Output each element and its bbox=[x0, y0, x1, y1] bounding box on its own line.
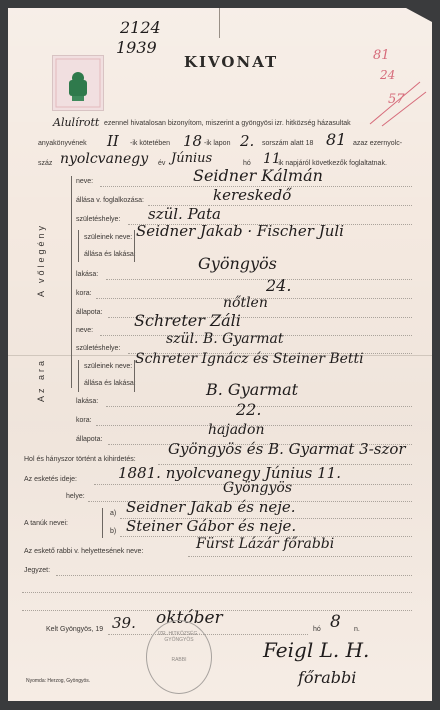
groom-birthplace-value: szül. Pata bbox=[148, 205, 221, 223]
wedding-date-label: Az esketés ideje: bbox=[24, 476, 77, 483]
section-divider bbox=[71, 176, 72, 388]
intro-label: sorszám alatt 18 bbox=[262, 140, 313, 147]
witnesses-label: A tanúk nevei: bbox=[24, 520, 68, 527]
wedding-place-label: helye: bbox=[66, 493, 85, 500]
intro-label: -ik kötetében bbox=[130, 140, 170, 147]
dated-year: 39. bbox=[112, 614, 136, 632]
dated-month-label: hó bbox=[313, 626, 321, 633]
bride-parents-label: szüleinek neve: bbox=[84, 363, 132, 370]
signature-title: főrabbi bbox=[298, 668, 356, 687]
fold-crease bbox=[219, 8, 220, 38]
number-value: 2. bbox=[240, 132, 254, 150]
intro-label: azaz ezernyolc- bbox=[353, 140, 402, 147]
bride-parents-value: Schreter Ignácz és Steiner Betti bbox=[135, 351, 364, 367]
rabbi-value: Fürst Lázár főrabbi bbox=[196, 536, 334, 552]
announcements-value: Gyöngyös és B. Gyarmat 3-szor bbox=[168, 440, 406, 458]
rabbi-label: Az eskető rabbi v. helyettesének neve: bbox=[24, 548, 143, 555]
handwritten-number: 2124 bbox=[120, 18, 161, 37]
dated-day: 8 bbox=[330, 612, 341, 632]
bride-residence-value: B. Gyarmat bbox=[206, 380, 298, 399]
year-words-value: nyolcvanegy bbox=[60, 151, 148, 167]
bride-section-label: Az ara bbox=[36, 358, 46, 402]
bride-name-label: neve: bbox=[76, 327, 93, 334]
intro-label: -ik lapon bbox=[204, 140, 230, 147]
month-value: Június bbox=[171, 151, 212, 166]
dated-label: Kelt Gyöngyös, 19 bbox=[46, 626, 103, 633]
intro-label: száz bbox=[38, 160, 52, 167]
announcements-label: Hol és hányszor történt a kihirdetés: bbox=[24, 456, 136, 463]
handwritten-undersigned: Alulírott bbox=[53, 116, 99, 129]
bride-birthplace-value: szül. B. Gyarmat bbox=[166, 331, 284, 347]
red-mark: 81 bbox=[373, 48, 390, 63]
year-value: 81 bbox=[326, 130, 346, 149]
groom-residence-value: Gyöngyös bbox=[198, 254, 277, 273]
bride-parents-occupation-label: állása és lakása: bbox=[84, 380, 136, 387]
crown-stamp-icon bbox=[53, 56, 103, 110]
seal-center-text: RABBI bbox=[147, 657, 211, 663]
intro-label: anyakönyvének bbox=[38, 140, 87, 147]
certificate-paper: 2124 1939 KIVONAT 81 24 57 Alulírott eze… bbox=[8, 8, 432, 701]
groom-birthplace-label: születéshelye: bbox=[76, 216, 120, 223]
bride-status-label: állapota: bbox=[76, 436, 102, 443]
groom-parents-occupation-label: állása és lakása: bbox=[84, 251, 136, 258]
groom-status-label: állapota: bbox=[76, 309, 102, 316]
signature-name: Feigl L. H. bbox=[263, 638, 369, 662]
bride-birthplace-label: születéshelye: bbox=[76, 345, 120, 352]
groom-occupation-value: kereskedő bbox=[213, 186, 291, 204]
groom-section-label: A vőlegény bbox=[36, 223, 46, 297]
dated-day-suffix: n. bbox=[354, 626, 360, 633]
bride-name-value: Schreter Záli bbox=[134, 311, 241, 330]
witness-marker: a) bbox=[110, 510, 116, 517]
groom-occupation-label: állása v. foglalkozása: bbox=[76, 197, 144, 204]
official-seal: IZR. HITKÖZSÉG · GYÖNGYÖS RABBI bbox=[146, 620, 212, 694]
wedding-place-value: Gyöngyös bbox=[223, 480, 292, 496]
notes-label: Jegyzet: bbox=[24, 567, 50, 574]
bride-residence-label: lakása: bbox=[76, 398, 98, 405]
witness-b-value: Steiner Gábor és neje. bbox=[126, 517, 296, 535]
witness-a-value: Seidner Jakab és neje. bbox=[126, 498, 296, 516]
bride-age-value: 22. bbox=[236, 400, 261, 419]
bride-age-label: kora: bbox=[76, 417, 92, 424]
groom-name-value: Seidner Kálmán bbox=[193, 166, 323, 185]
witness-marker: b) bbox=[110, 528, 116, 535]
groom-residence-label: lakása: bbox=[76, 271, 98, 278]
revenue-stamp bbox=[52, 55, 104, 111]
groom-name-label: neve: bbox=[76, 178, 93, 185]
printer-line: Nyomda: Herzog, Gyöngyös. bbox=[26, 678, 90, 684]
volume-value: II bbox=[107, 132, 119, 150]
groom-status-value: nőtlen bbox=[223, 295, 268, 311]
groom-age-value: 24. bbox=[266, 276, 291, 295]
intro-label: év bbox=[158, 160, 165, 167]
red-strike-icon bbox=[368, 78, 428, 128]
intro-line-1: ezennel hivatalosan bizonyítom, miszerin… bbox=[104, 120, 351, 127]
groom-parents-label: szüleinek neve: bbox=[84, 234, 132, 241]
handwritten-year: 1939 bbox=[116, 38, 157, 57]
page-value: 18 bbox=[183, 132, 202, 150]
seal-ring-text: IZR. HITKÖZSÉG · GYÖNGYÖS bbox=[147, 631, 211, 643]
bride-status-value: hajadon bbox=[208, 422, 264, 438]
groom-age-label: kora: bbox=[76, 290, 92, 297]
groom-parents-value: Seidner Jakab · Fischer Juli bbox=[136, 222, 344, 240]
document-title: KIVONAT bbox=[184, 53, 278, 71]
